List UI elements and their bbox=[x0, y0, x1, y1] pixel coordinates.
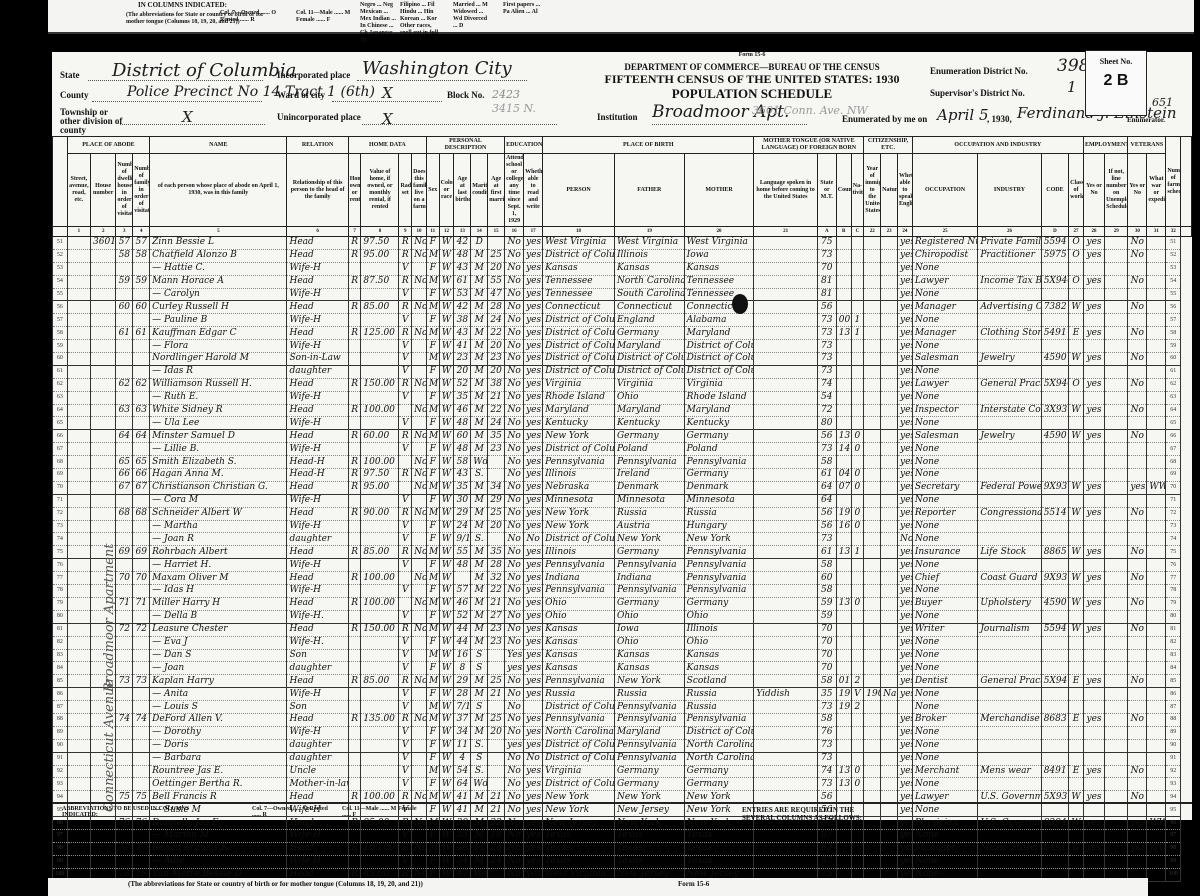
cell-cc bbox=[851, 726, 864, 739]
table-row: 987777Regan Francis K.HeadR100.00RNoMW36… bbox=[53, 842, 1192, 855]
group-mother-tongue: MOTHER TONGUE (OR NATIVE LANGUAGE) OF FO… bbox=[754, 137, 864, 154]
cell-relation: Head bbox=[287, 842, 348, 855]
cell-name: — Doris bbox=[150, 739, 287, 752]
cell-lang bbox=[754, 597, 817, 610]
cell-lang: Yiddish bbox=[754, 688, 817, 701]
cell-dwelling bbox=[116, 353, 133, 366]
line-number: 71 bbox=[53, 494, 68, 507]
cell-cls bbox=[1069, 688, 1084, 701]
cell-street bbox=[67, 378, 90, 391]
cell-race: W bbox=[439, 842, 454, 855]
cell-eng: No bbox=[898, 533, 913, 546]
cell-age-marr: 22 bbox=[488, 585, 505, 598]
cell-value bbox=[361, 391, 399, 404]
cell-value: 97.50 bbox=[361, 469, 399, 482]
cell-house bbox=[91, 842, 116, 855]
cell-industry bbox=[978, 610, 1041, 623]
cell-value bbox=[361, 701, 399, 714]
cell-industry bbox=[978, 688, 1041, 701]
group-place-of-abode: PLACE OF ABODE bbox=[67, 137, 149, 154]
cell-cls bbox=[1069, 340, 1084, 353]
cell-sex: M bbox=[426, 301, 439, 314]
cell-unemp bbox=[1105, 752, 1128, 765]
cell-relation: Wife-H bbox=[287, 829, 348, 842]
cell-ca: 59 bbox=[817, 610, 836, 623]
cell-ca: 75 bbox=[817, 237, 836, 250]
cell-cb: 13 bbox=[836, 597, 851, 610]
cell-birth: Tennessee bbox=[543, 275, 615, 288]
cell-value bbox=[361, 662, 399, 675]
cell-nat bbox=[881, 765, 898, 778]
cell-farm: No bbox=[412, 404, 427, 417]
cell-sex: F bbox=[426, 688, 439, 701]
cell-cb bbox=[836, 262, 851, 275]
cell-cb bbox=[836, 404, 851, 417]
cell-marital: S bbox=[471, 662, 488, 675]
group-home-data: HOME DATA bbox=[348, 137, 426, 154]
cell-age-marr: 20 bbox=[488, 340, 505, 353]
cell-war bbox=[1147, 391, 1166, 404]
cell-lang bbox=[754, 275, 817, 288]
cell-industry: Private Family bbox=[978, 237, 1041, 250]
cell-mother: Germany bbox=[684, 778, 754, 791]
school-header: Attended school or college any time sinc… bbox=[505, 154, 524, 227]
cell-family bbox=[133, 288, 150, 301]
cell-radio: R bbox=[399, 378, 412, 391]
column-number: 18 bbox=[543, 227, 615, 237]
cell-imm bbox=[864, 713, 881, 726]
col7-legend: Col. 7—Owned ...... O Rented ...... R bbox=[220, 10, 290, 24]
table-row: 887474DeFord Allen V.HeadR135.00RNoMW37M… bbox=[53, 713, 1192, 726]
cell-vet: yes bbox=[1128, 481, 1147, 494]
cell-dwelling bbox=[116, 855, 133, 868]
cell-radio bbox=[399, 597, 412, 610]
cell-ca: 58 bbox=[817, 713, 836, 726]
table-row: 65— Ula LeeWife-HVFW48M24NoyesKentuckyKe… bbox=[53, 417, 1192, 430]
cell-lang bbox=[754, 327, 817, 340]
cell-industry bbox=[978, 417, 1041, 430]
cell-school: No bbox=[505, 636, 524, 649]
line-number-right: 55 bbox=[1166, 288, 1181, 301]
line-number: 86 bbox=[53, 688, 68, 701]
cell-marital: Wd bbox=[471, 456, 488, 469]
cell-cc bbox=[851, 739, 864, 752]
line-number-right: 78 bbox=[1166, 585, 1181, 598]
cell-imm bbox=[864, 301, 881, 314]
cell-lang bbox=[754, 610, 817, 623]
cell-dwelling: 64 bbox=[116, 430, 133, 443]
cell-relation: Wife-H bbox=[287, 443, 348, 456]
cell-vet bbox=[1128, 649, 1147, 662]
cell-street bbox=[67, 353, 90, 366]
cell-age-marr: 24 bbox=[488, 855, 505, 868]
table-row: 90— DorisdaughterVFW11S.yesyesDistrict o… bbox=[53, 739, 1192, 752]
english-header: Whether able to speak English bbox=[898, 154, 913, 227]
cell-sex: F bbox=[426, 636, 439, 649]
cell-ca: 73 bbox=[817, 752, 836, 765]
line-number: 59 bbox=[53, 340, 68, 353]
cell-read: yes bbox=[524, 417, 543, 430]
cell-ca: 70 bbox=[817, 636, 836, 649]
cell-cls: W bbox=[1069, 842, 1084, 855]
cell-work bbox=[1083, 610, 1104, 623]
cell-name: — Carolyn bbox=[150, 288, 287, 301]
table-row: 666464Minster Samuel DHeadR60.00RNoMW60M… bbox=[53, 430, 1192, 443]
ward-value: X bbox=[382, 84, 393, 102]
cell-marital: Wd bbox=[471, 778, 488, 791]
column-number: 4 bbox=[133, 227, 150, 237]
cell-dwelling: 58 bbox=[116, 249, 133, 262]
cell-age-marr: 35 bbox=[488, 546, 505, 559]
cell-work: yes bbox=[1083, 249, 1104, 262]
cell-family: 67 bbox=[133, 481, 150, 494]
cell-occ-code bbox=[1041, 391, 1068, 404]
cell-radio: V bbox=[399, 610, 412, 623]
cell-lang bbox=[754, 623, 817, 636]
cell-age: 38 bbox=[454, 314, 471, 327]
cell-age-marr: 25 bbox=[488, 249, 505, 262]
footer-col11: Col. 11—Male ...... M Female ...... F bbox=[342, 806, 422, 818]
cell-farm bbox=[412, 662, 427, 675]
cell-age: 35 bbox=[454, 481, 471, 494]
cell-race: W bbox=[439, 675, 454, 688]
cell-work: yes bbox=[1083, 623, 1104, 636]
cell-war bbox=[1147, 726, 1166, 739]
cell-value: 125.00 bbox=[361, 327, 399, 340]
cell-age: 52 bbox=[454, 378, 471, 391]
cell-tenure bbox=[348, 494, 361, 507]
cell-marital: M bbox=[471, 378, 488, 391]
cell-relation: Wife-H bbox=[287, 288, 348, 301]
cell-mother: District of Columbia bbox=[684, 726, 754, 739]
cell-age: 41 bbox=[454, 340, 471, 353]
cell-tenure bbox=[348, 340, 361, 353]
cell-house bbox=[91, 494, 116, 507]
cell-occupation: None bbox=[912, 391, 978, 404]
cell-unemp bbox=[1105, 507, 1128, 520]
cell-work bbox=[1083, 726, 1104, 739]
cell-relation: Wife-H. bbox=[287, 636, 348, 649]
cell-tenure bbox=[348, 520, 361, 533]
table-row: 91— BarbaradaughterVFW4SNoNoDistrict of … bbox=[53, 752, 1192, 765]
cell-occ-code: 5594 bbox=[1041, 623, 1068, 636]
cell-age: 11 bbox=[454, 739, 471, 752]
cell-marital: M bbox=[471, 688, 488, 701]
cell-imm bbox=[864, 585, 881, 598]
cell-occ-code bbox=[1041, 417, 1068, 430]
cell-war bbox=[1147, 610, 1166, 623]
cell-occ-code: 5491 bbox=[1041, 327, 1068, 340]
cell-cb: 01 bbox=[836, 675, 851, 688]
cell-ca: 73 bbox=[817, 365, 836, 378]
footer-abbrev-heading: ABBREVIATIONS TO BE USED IN COLUMNS INDI… bbox=[62, 806, 212, 818]
line-number-right: 92 bbox=[1166, 765, 1181, 778]
cell-read: yes bbox=[524, 430, 543, 443]
cell-age: 48 bbox=[454, 443, 471, 456]
cell-industry: Jewelry bbox=[978, 430, 1041, 443]
cell-tenure bbox=[348, 559, 361, 572]
column-number: A bbox=[817, 227, 836, 237]
cell-read: yes bbox=[524, 340, 543, 353]
cell-war bbox=[1147, 688, 1166, 701]
cell-unemp bbox=[1105, 597, 1128, 610]
cell-school: Yes bbox=[505, 649, 524, 662]
cell-nat bbox=[881, 855, 898, 868]
cell-cc: 0 bbox=[851, 469, 864, 482]
cell-marital: M bbox=[471, 391, 488, 404]
cell-lang bbox=[754, 404, 817, 417]
cell-occupation: None bbox=[912, 417, 978, 430]
cell-war bbox=[1147, 494, 1166, 507]
cell-age: 58 bbox=[454, 456, 471, 469]
cell-ca: 73 bbox=[817, 533, 836, 546]
cell-work bbox=[1083, 688, 1104, 701]
cell-family bbox=[133, 391, 150, 404]
cell-radio: R bbox=[399, 507, 412, 520]
sheet-number-box: Sheet No. 2 B bbox=[1085, 50, 1147, 116]
cell-war bbox=[1147, 623, 1166, 636]
cell-occ-code bbox=[1041, 443, 1068, 456]
column-number: 14 bbox=[471, 227, 488, 237]
column-number: 20 bbox=[684, 227, 754, 237]
line-number-right: 76 bbox=[1166, 559, 1181, 572]
cell-race: W bbox=[439, 649, 454, 662]
cell-family bbox=[133, 829, 150, 842]
cell-farm bbox=[412, 353, 427, 366]
cell-family: 64 bbox=[133, 430, 150, 443]
cell-father: Ohio bbox=[614, 391, 684, 404]
cell-nat bbox=[881, 520, 898, 533]
cell-occupation: None bbox=[912, 288, 978, 301]
cell-mother: New York bbox=[684, 533, 754, 546]
cell-tenure bbox=[348, 662, 361, 675]
cell-tenure bbox=[348, 365, 361, 378]
cell-relation: Head bbox=[287, 275, 348, 288]
cell-read: yes bbox=[524, 494, 543, 507]
cell-sex: F bbox=[426, 610, 439, 623]
cell-tenure bbox=[348, 585, 361, 598]
cell-occupation: None bbox=[912, 262, 978, 275]
cell-occupation: None bbox=[912, 559, 978, 572]
cell-work bbox=[1083, 559, 1104, 572]
cell-birth: Pennsylvania bbox=[543, 675, 615, 688]
cell-dwelling bbox=[116, 585, 133, 598]
cell-school: No bbox=[505, 726, 524, 739]
cell-family: 63 bbox=[133, 404, 150, 417]
cell-read: yes bbox=[524, 404, 543, 417]
line-number-right: 61 bbox=[1166, 365, 1181, 378]
cell-occ-code: 5X940 bbox=[1041, 378, 1068, 391]
cell-imm bbox=[864, 572, 881, 585]
cell-mother: Kansas bbox=[684, 662, 754, 675]
cell-farm bbox=[412, 288, 427, 301]
cell-name: Chatfield Alonzo B bbox=[150, 249, 287, 262]
cell-mother: Denmark bbox=[684, 481, 754, 494]
cell-occ-code: 5514 bbox=[1041, 507, 1068, 520]
cell-mother: Hungary bbox=[684, 520, 754, 533]
cell-school: No bbox=[505, 778, 524, 791]
cell-relation: Head bbox=[287, 430, 348, 443]
cell-vet bbox=[1128, 340, 1147, 353]
immigration-header: Year of immigration to the United States bbox=[864, 154, 881, 227]
cell-lang bbox=[754, 378, 817, 391]
cell-tenure bbox=[348, 701, 361, 714]
cell-age-marr bbox=[488, 469, 505, 482]
group-name: NAME bbox=[150, 137, 287, 154]
cell-cb: 19 bbox=[836, 688, 851, 701]
cell-father: Maryland bbox=[614, 404, 684, 417]
cell-cc bbox=[851, 353, 864, 366]
line-number: 68 bbox=[53, 456, 68, 469]
cell-cc bbox=[851, 391, 864, 404]
line-number: 93 bbox=[53, 778, 68, 791]
cell-name: — Marion M bbox=[150, 829, 287, 842]
cell-relation: Head bbox=[287, 507, 348, 520]
cell-unemp bbox=[1105, 275, 1128, 288]
cell-father: Russia bbox=[614, 688, 684, 701]
cell-sex: F bbox=[426, 262, 439, 275]
line-number-right: 81 bbox=[1166, 623, 1181, 636]
cell-imm bbox=[864, 739, 881, 752]
cell-occupation: Inspector bbox=[912, 404, 978, 417]
cell-imm bbox=[864, 469, 881, 482]
cell-father: Germany bbox=[614, 430, 684, 443]
cell-read: yes bbox=[524, 623, 543, 636]
cell-race: W bbox=[439, 262, 454, 275]
cell-family bbox=[133, 559, 150, 572]
cell-industry: Coast Guard bbox=[978, 572, 1041, 585]
cell-relation: Wife-H bbox=[287, 262, 348, 275]
line-number: 69 bbox=[53, 469, 68, 482]
group-relation: RELATION bbox=[287, 137, 348, 154]
cell-ca: 70 bbox=[817, 649, 836, 662]
cell-war bbox=[1147, 559, 1166, 572]
cell-lang bbox=[754, 752, 817, 765]
cell-value bbox=[361, 533, 399, 546]
cell-ca: 87 bbox=[817, 842, 836, 855]
cell-value bbox=[361, 494, 399, 507]
cell-name: — Ruth E. bbox=[150, 391, 287, 404]
cell-tenure bbox=[348, 739, 361, 752]
department-title: DEPARTMENT OF COMMERCE—BUREAU OF THE CEN… bbox=[572, 62, 932, 72]
cell-age: 46 bbox=[454, 597, 471, 610]
table-row: 55— CarolynWife-HVFW53M47NoyesTennesseeS… bbox=[53, 288, 1192, 301]
cell-unemp bbox=[1105, 649, 1128, 662]
cell-relation: Head bbox=[287, 597, 348, 610]
cell-value bbox=[361, 520, 399, 533]
cell-occ-code: 8683 bbox=[1041, 713, 1068, 726]
cell-cls bbox=[1069, 469, 1084, 482]
cell-race: W bbox=[439, 585, 454, 598]
cell-radio bbox=[399, 456, 412, 469]
cell-farm bbox=[412, 585, 427, 598]
cell-race: W bbox=[439, 391, 454, 404]
cell-eng: yes bbox=[898, 237, 913, 250]
cell-family: 66 bbox=[133, 469, 150, 482]
cell-industry bbox=[978, 636, 1041, 649]
class-worker-header: Class of worker bbox=[1069, 154, 1084, 227]
cell-ca: 74 bbox=[817, 378, 836, 391]
cell-relation: daughter bbox=[287, 752, 348, 765]
cell-house bbox=[91, 327, 116, 340]
cell-school: No bbox=[505, 520, 524, 533]
cell-dwelling bbox=[116, 494, 133, 507]
line-number-right: 77 bbox=[1166, 572, 1181, 585]
cell-eng: yes bbox=[898, 752, 913, 765]
cell-cc bbox=[851, 301, 864, 314]
cell-nat bbox=[881, 726, 898, 739]
cell-war bbox=[1147, 778, 1166, 791]
cell-nat bbox=[881, 469, 898, 482]
cell-industry: General Practice bbox=[978, 378, 1041, 391]
table-row: 93Oettinger Bertha R.Mother-in-lawVFW64W… bbox=[53, 778, 1192, 791]
cell-birth: Tennessee bbox=[543, 288, 615, 301]
race-header: Color or race bbox=[439, 154, 454, 227]
cell-age-marr bbox=[488, 237, 505, 250]
column-number: 3 bbox=[116, 227, 133, 237]
line-number: 52 bbox=[53, 249, 68, 262]
cell-lang bbox=[754, 443, 817, 456]
cell-relation: Wife-H bbox=[287, 494, 348, 507]
enumerated-date: April 5 bbox=[937, 106, 989, 124]
cell-birth: Texas bbox=[543, 829, 615, 842]
cell-cb bbox=[836, 726, 851, 739]
cell-birth: Ohio bbox=[543, 610, 615, 623]
cell-read: yes bbox=[524, 520, 543, 533]
cell-war bbox=[1147, 275, 1166, 288]
cell-marital: M bbox=[471, 675, 488, 688]
cell-street bbox=[67, 752, 90, 765]
cell-occ-code bbox=[1041, 752, 1068, 765]
cell-industry bbox=[978, 469, 1041, 482]
cell-father: Ireland bbox=[614, 469, 684, 482]
cell-father: New York bbox=[614, 533, 684, 546]
cell-lang bbox=[754, 585, 817, 598]
cell-occupation: None bbox=[912, 778, 978, 791]
cell-name: — Adie bbox=[150, 855, 287, 868]
cell-age-marr: 23 bbox=[488, 636, 505, 649]
cell-cls: O bbox=[1069, 378, 1084, 391]
cell-tenure: R bbox=[348, 481, 361, 494]
cell-school: No bbox=[505, 855, 524, 868]
cell-eng: yes bbox=[898, 520, 913, 533]
cell-nat bbox=[881, 404, 898, 417]
cell-marital: M bbox=[471, 481, 488, 494]
cell-industry: General Practice bbox=[978, 675, 1041, 688]
cell-tenure: R bbox=[348, 546, 361, 559]
cell-name: — Cora M bbox=[150, 494, 287, 507]
cell-eng: yes bbox=[898, 842, 913, 855]
cell-occ-code: 5975 bbox=[1041, 249, 1068, 262]
cell-occupation: None bbox=[912, 829, 978, 842]
cell-work: yes bbox=[1083, 597, 1104, 610]
cell-lang bbox=[754, 262, 817, 275]
cell-ca: 73 bbox=[817, 443, 836, 456]
cell-tenure: R bbox=[348, 469, 361, 482]
line-number: 77 bbox=[53, 572, 68, 585]
cell-imm bbox=[864, 404, 881, 417]
cell-work bbox=[1083, 262, 1104, 275]
cell-birth: West Virginia bbox=[543, 237, 615, 250]
cell-family: 60 bbox=[133, 301, 150, 314]
cell-name: Kaplan Harry bbox=[150, 675, 287, 688]
street-header: Street, avenue, road, etc. bbox=[67, 154, 90, 227]
cell-occ-code: 9X93 bbox=[1041, 481, 1068, 494]
cell-age: 60 bbox=[454, 430, 471, 443]
cell-cb bbox=[836, 237, 851, 250]
cell-unemp bbox=[1105, 481, 1128, 494]
code-c-header: Na-tivity bbox=[851, 154, 864, 227]
